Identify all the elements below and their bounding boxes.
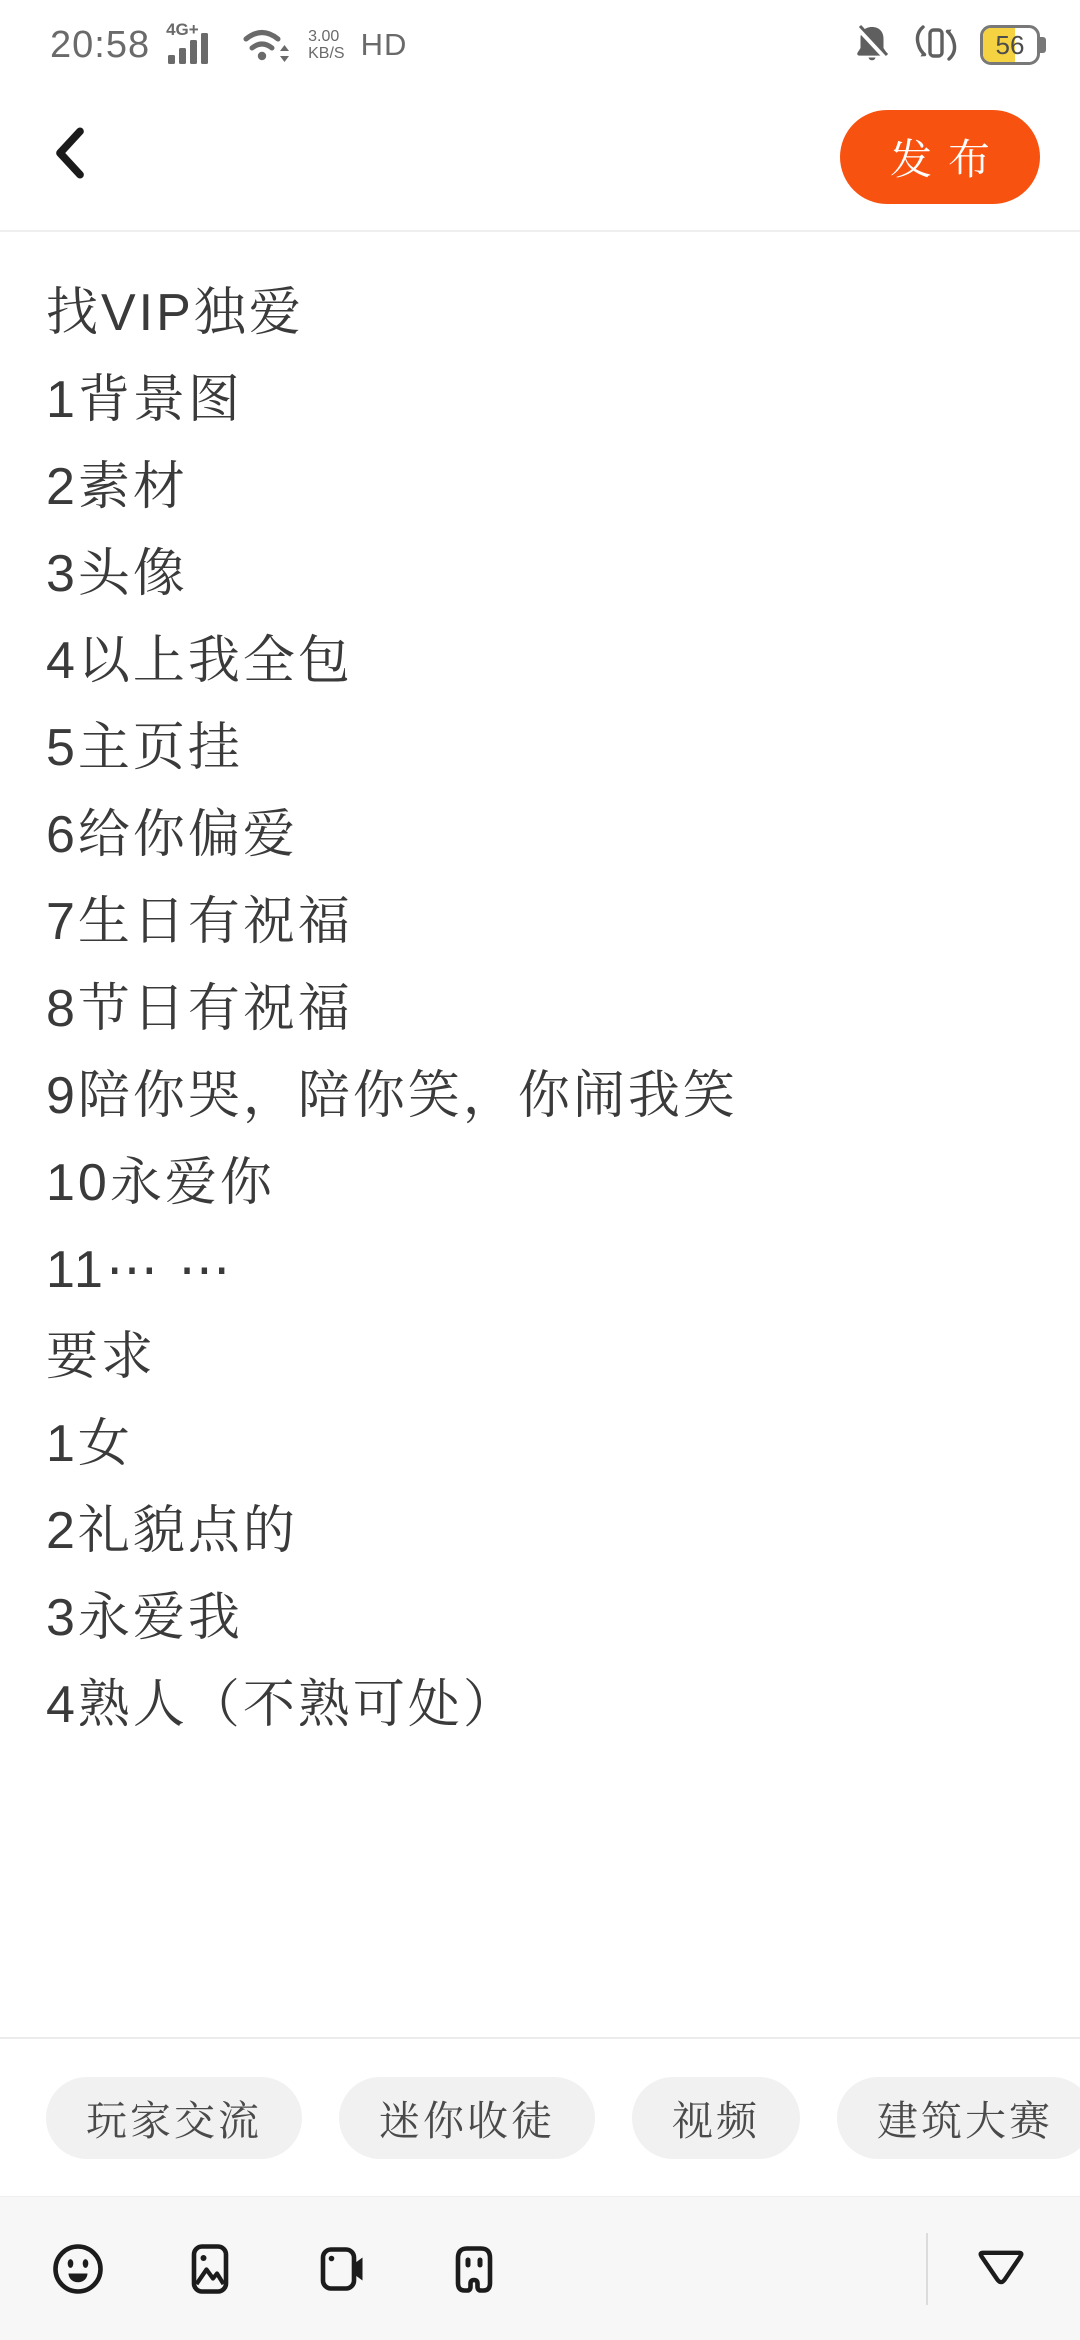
editor-line: 4熟人（不熟可处） xyxy=(46,1662,1060,1749)
speed-value: 3.00 xyxy=(308,28,344,45)
editor-line: 11⋯ ⋯ xyxy=(46,1227,1060,1314)
status-left-group: 20:58 4G+ 3.00 KB/S HD xyxy=(50,23,407,67)
editor-line: 6给你偏爱 xyxy=(46,792,1060,879)
header-bar: 发布 xyxy=(0,80,1080,230)
tag-chip-player-chat[interactable]: 玩家交流 xyxy=(46,2077,302,2159)
editor-line: 8节日有祝福 xyxy=(46,966,1060,1053)
editor-line: 要求 xyxy=(46,1314,1060,1401)
back-button[interactable] xyxy=(44,120,96,186)
editor-line: 1背景图 xyxy=(46,357,1060,444)
editor-line: 10永爱你 xyxy=(46,1140,1060,1227)
wifi-icon xyxy=(240,23,292,67)
editor-line: 1女 xyxy=(46,1401,1060,1488)
hd-indicator: HD xyxy=(361,27,408,63)
post-compose-screen: { "status_bar": { "time": "20:58", "netw… xyxy=(0,0,1080,2340)
compose-toolbar xyxy=(0,2196,1080,2340)
editor-line: 7生日有祝福 xyxy=(46,879,1060,966)
emoji-icon[interactable] xyxy=(50,2241,106,2297)
status-right-group: 56 xyxy=(852,21,1046,70)
clock: 20:58 xyxy=(50,24,150,67)
status-bar: 20:58 4G+ 3.00 KB/S HD xyxy=(0,0,1080,80)
topic-tags-row: 玩家交流 迷你收徒 视频 建筑大赛 xyxy=(0,2039,1080,2196)
network-speed: 3.00 KB/S xyxy=(308,28,344,62)
tag-chip-build-contest[interactable]: 建筑大赛 xyxy=(837,2077,1080,2159)
gamepad-icon[interactable] xyxy=(446,2241,502,2297)
vibrate-mode-icon xyxy=(910,21,962,70)
editor-line: 9陪你哭，陪你笑，你闹我笑 xyxy=(46,1053,1060,1140)
editor-line: 3头像 xyxy=(46,531,1060,618)
video-camera-icon[interactable] xyxy=(314,2241,370,2297)
editor-line: 2素材 xyxy=(46,444,1060,531)
battery-percent: 56 xyxy=(980,25,1040,65)
tag-chip-mini-apprentice[interactable]: 迷你收徒 xyxy=(339,2077,595,2159)
post-body-editor[interactable]: 找VIP独爱 1背景图 2素材 3头像 4以上我全包 5主页挂 6给你偏爱 7生… xyxy=(0,232,1080,2037)
editor-line: 3永爱我 xyxy=(46,1575,1060,1662)
publish-button-label: 发布 xyxy=(890,127,1006,187)
cellular-signal-icon: 4G+ xyxy=(166,24,224,66)
battery-indicator: 56 xyxy=(980,25,1046,65)
editor-line: 2礼貌点的 xyxy=(46,1488,1060,1575)
chevron-left-icon xyxy=(50,124,90,182)
editor-line: 4以上我全包 xyxy=(46,618,1060,705)
toolbar-divider xyxy=(926,2233,928,2305)
collapse-keyboard-icon[interactable] xyxy=(976,2243,1026,2293)
publish-button[interactable]: 发布 xyxy=(840,110,1040,204)
tag-chip-video[interactable]: 视频 xyxy=(632,2077,800,2159)
image-picker-icon[interactable] xyxy=(182,2241,238,2297)
editor-line: 找VIP独爱 xyxy=(46,270,1060,357)
notifications-muted-icon xyxy=(852,21,892,70)
editor-line: 5主页挂 xyxy=(46,705,1060,792)
speed-unit: KB/S xyxy=(308,45,344,62)
